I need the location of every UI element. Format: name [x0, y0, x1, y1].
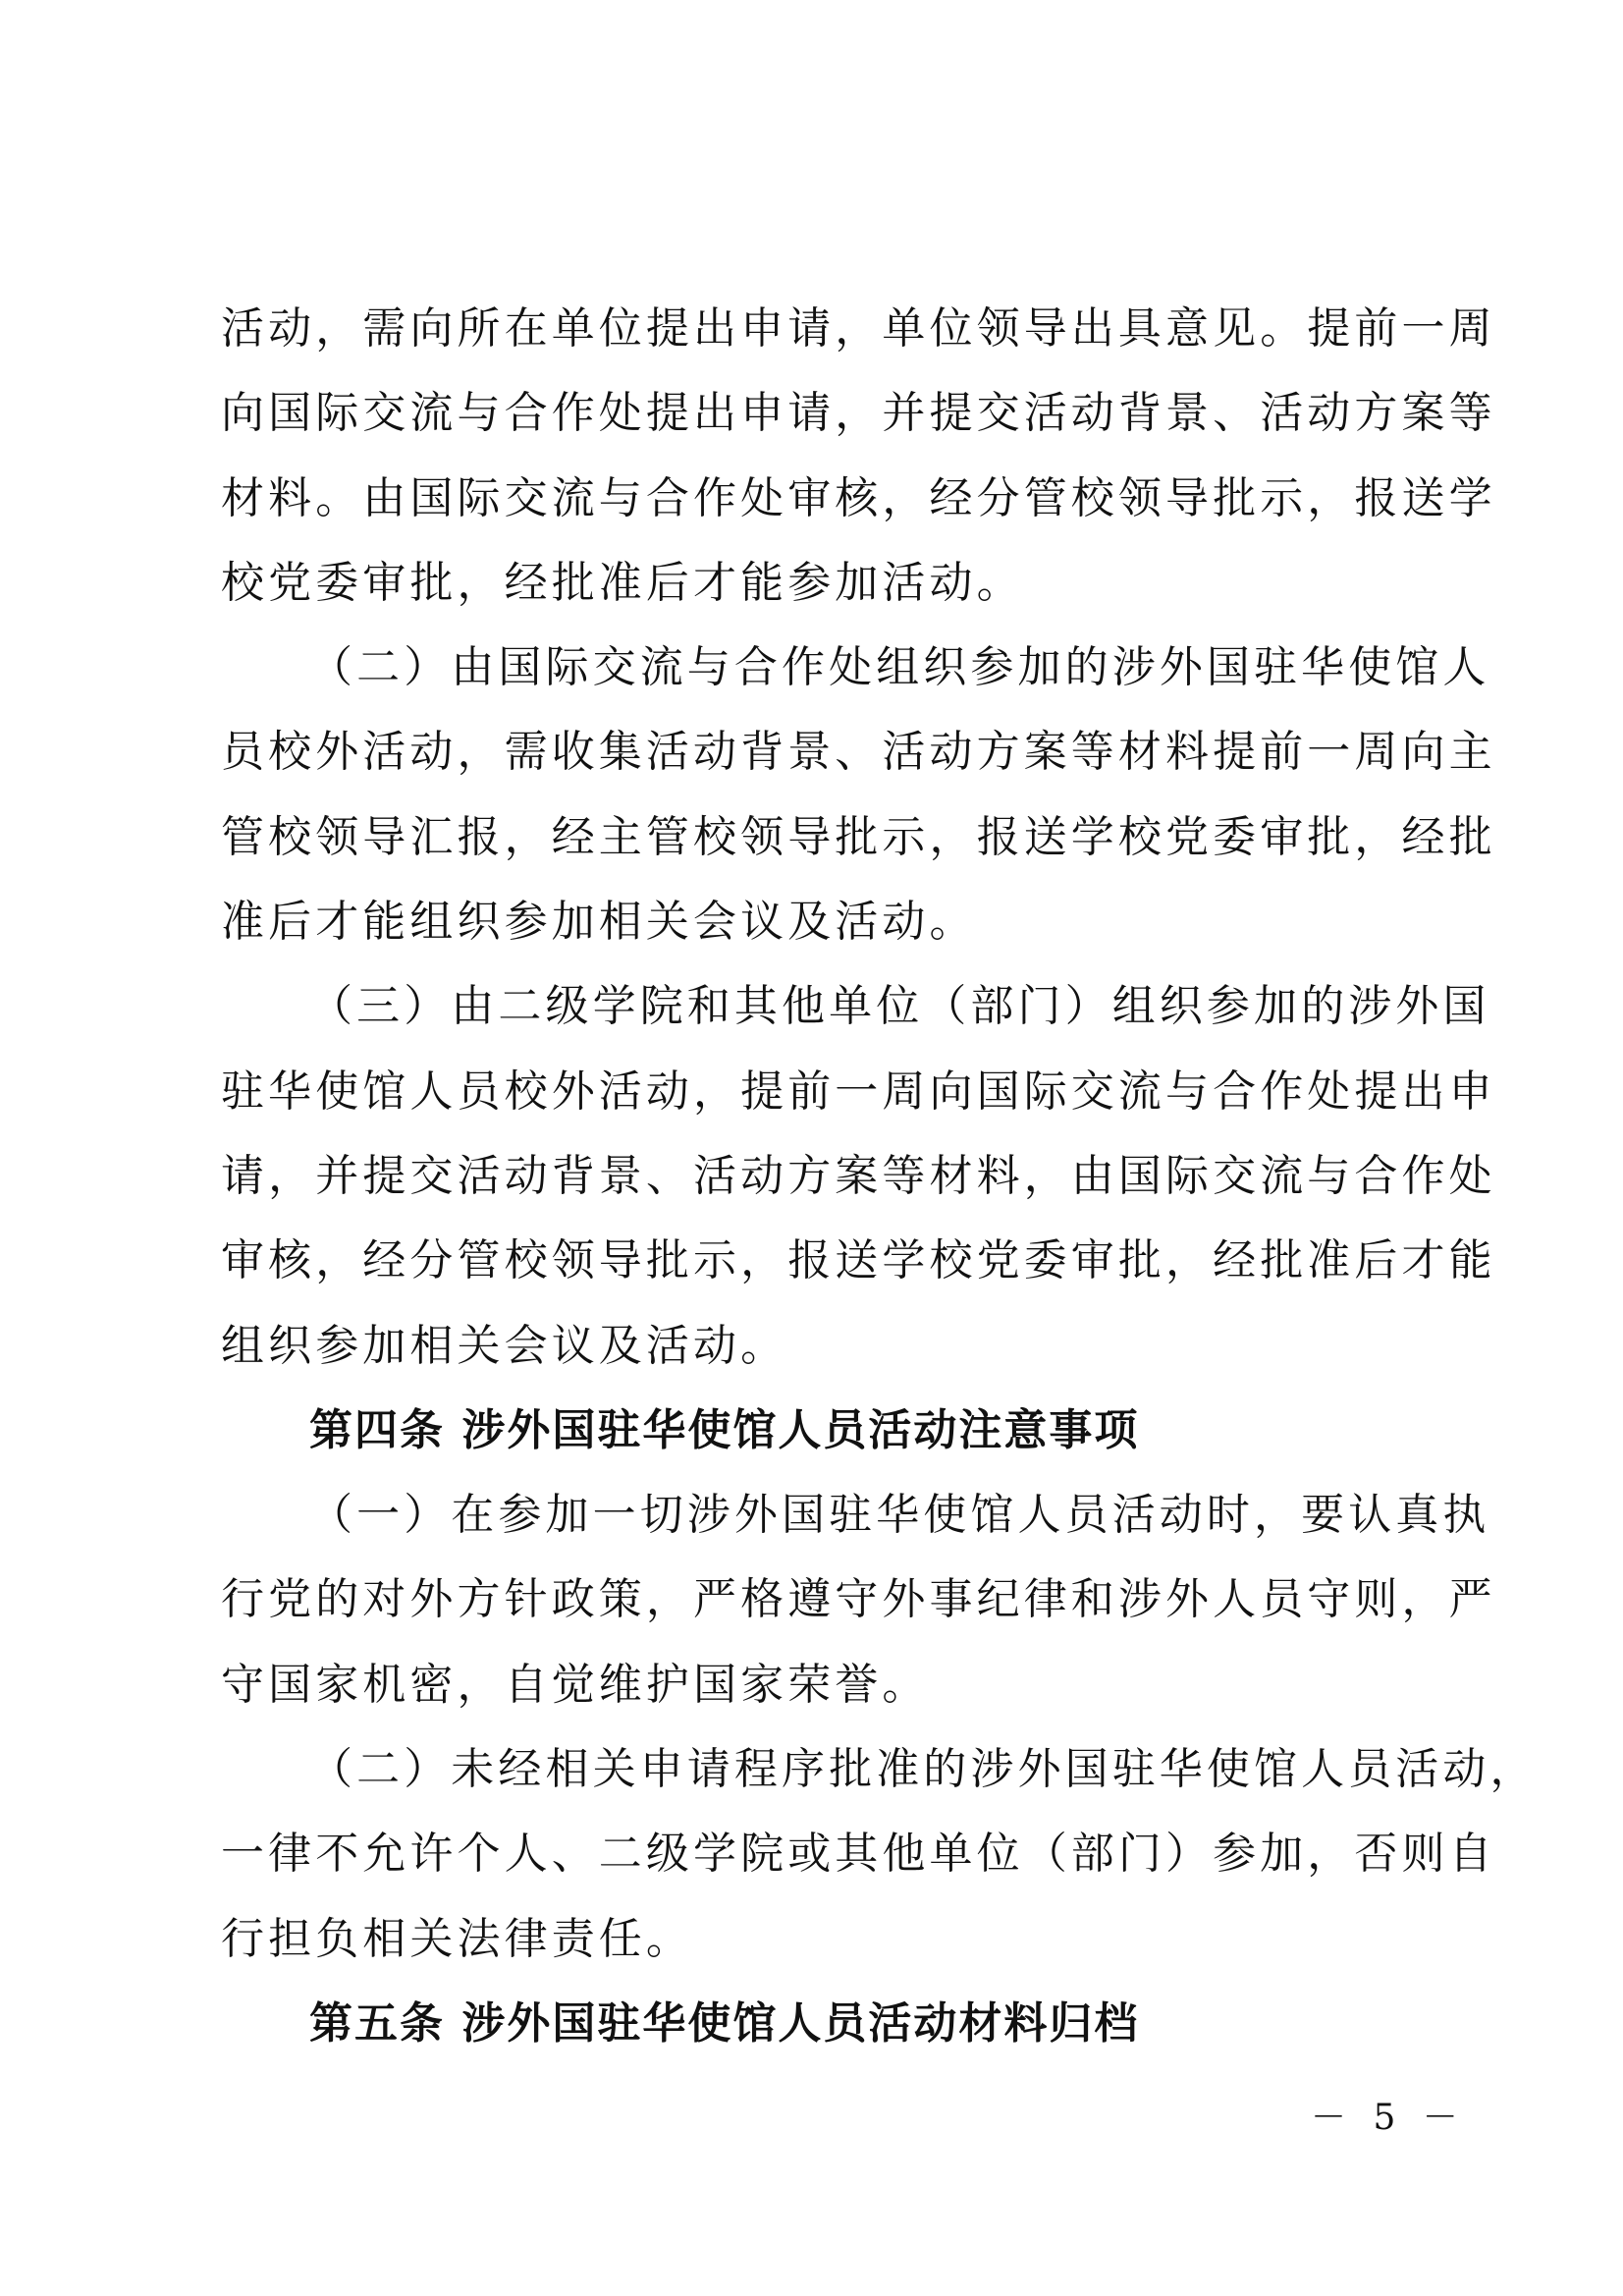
- body-line: 校党委审批，经批准后才能参加活动。: [221, 551, 1409, 635]
- body-line: 请，并提交活动背景、活动方案等材料，由国际交流与合作处: [221, 1144, 1409, 1229]
- body-line: 组织参加相关会议及活动。: [221, 1314, 1409, 1398]
- paragraph-start-line: （三）由二级学院和其他单位（部门）组织参加的涉外国: [221, 974, 1409, 1059]
- article-heading: 第五条 涉外国驻华使馆人员活动材料归档: [221, 1992, 1409, 2076]
- body-line: 管校领导汇报，经主管校领导批示，报送学校党委审批，经批: [221, 805, 1409, 890]
- body-line: 准后才能组织参加相关会议及活动。: [221, 890, 1409, 974]
- document-body: 活动，需向所在单位提出申请，单位领导出具意见。提前一周 向国际交流与合作处提出申…: [221, 297, 1409, 2076]
- body-line: 活动，需向所在单位提出申请，单位领导出具意见。提前一周: [221, 297, 1409, 381]
- body-line: 守国家机密，自觉维护国家荣誉。: [221, 1653, 1409, 1737]
- body-line: 材料。由国际交流与合作处审核，经分管校领导批示，报送学: [221, 466, 1409, 551]
- paragraph-start-line: （二）由国际交流与合作处组织参加的涉外国驻华使馆人: [221, 635, 1409, 720]
- paragraph-start-line: （二）未经相关申请程序批准的涉外国驻华使馆人员活动，: [221, 1737, 1409, 1822]
- body-line: 一律不允许个人、二级学院或其他单位（部门）参加，否则自: [221, 1822, 1409, 1906]
- body-line: 驻华使馆人员校外活动，提前一周向国际交流与合作处提出申: [221, 1060, 1409, 1144]
- article-heading: 第四条 涉外国驻华使馆人员活动注意事项: [221, 1398, 1409, 1483]
- page-number: － 5 －: [1311, 2090, 1466, 2140]
- body-line: 审核，经分管校领导批示，报送学校党委审批，经批准后才能: [221, 1229, 1409, 1313]
- body-line: 行担负相关法律责任。: [221, 1907, 1409, 1992]
- paragraph-start-line: （一）在参加一切涉外国驻华使馆人员活动时，要认真执: [221, 1483, 1409, 1567]
- body-line: 行党的对外方针政策，严格遵守外事纪律和涉外人员守则，严: [221, 1567, 1409, 1652]
- body-line: 向国际交流与合作处提出申请，并提交活动背景、活动方案等: [221, 381, 1409, 465]
- body-line: 员校外活动，需收集活动背景、活动方案等材料提前一周向主: [221, 720, 1409, 804]
